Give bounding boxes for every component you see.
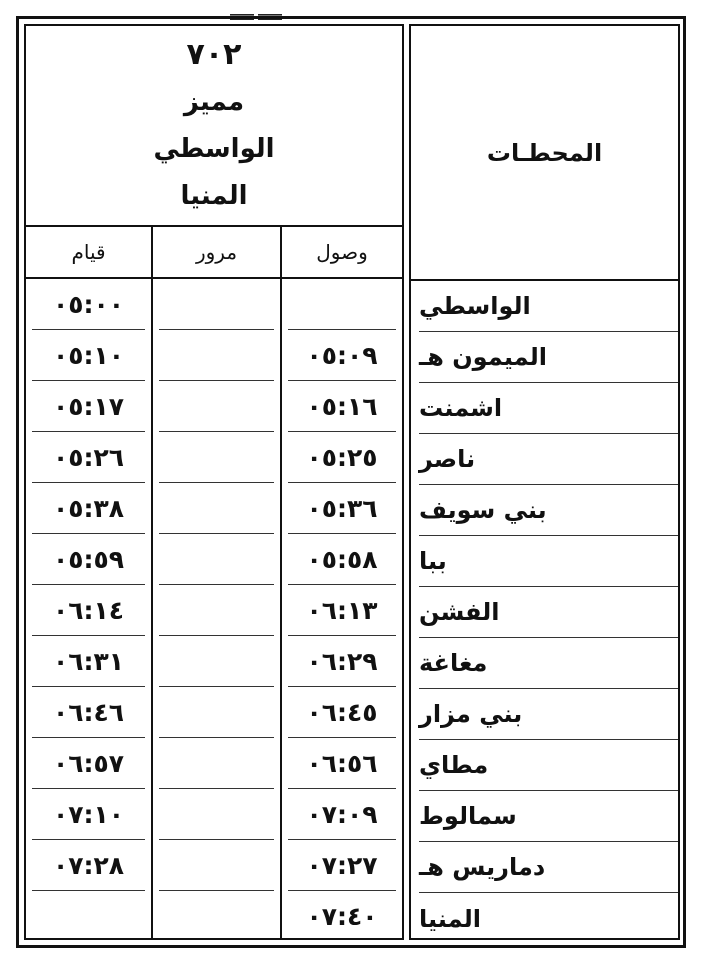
- arrival-cell: ٠٥:٠٩: [288, 330, 396, 381]
- arrival-cell: ٠٦:٢٩: [288, 636, 396, 687]
- departure-cell: ٠٥:١٠: [32, 330, 145, 381]
- departure-cell: ٠٥:٥٩: [32, 534, 145, 585]
- train-type: مميز: [184, 87, 244, 117]
- station-name: بني مزار: [419, 700, 522, 728]
- station-name: الواسطي: [419, 292, 531, 320]
- arrival-column: ٠٥:٠٩ ٠٥:١٦ ٠٥:٢٥ ٠٥:٣٦ ٠٥:٥٨ ٠٦:١٣ ٠٦:٢…: [282, 279, 402, 940]
- train-number: ٧٠٢: [187, 40, 242, 70]
- passing-cell: [159, 279, 274, 330]
- train-702-block: ٧٠٢ مميز الواسطي المنيا قيام مرور وصول ٠…: [24, 24, 404, 940]
- departure-cell: ٠٥:١٧: [32, 381, 145, 432]
- passing-cell: [159, 381, 274, 432]
- departure-cell: ٠٥:٢٦: [32, 432, 145, 483]
- passing-cell: [159, 330, 274, 381]
- departure-cell: ٠٧:١٠: [32, 789, 145, 840]
- station-row: سمالوط: [419, 791, 678, 842]
- station-name: ببا: [419, 547, 447, 575]
- stations-header: المحطـات: [411, 26, 678, 281]
- arrival-cell: ٠٥:٢٥: [288, 432, 396, 483]
- passing-cell: [159, 687, 274, 738]
- station-name: ناصر: [419, 445, 475, 473]
- passing-cell: [159, 840, 274, 891]
- station-row: دماريس هـ: [419, 842, 678, 893]
- times-grid: ٠٥:٠٠ ٠٥:١٠ ٠٥:١٧ ٠٥:٢٦ ٠٥:٣٨ ٠٥:٥٩ ٠٦:١…: [26, 279, 402, 940]
- departure-cell: [32, 891, 145, 942]
- station-name: المنيا: [419, 905, 481, 933]
- train-destination: المنيا: [180, 181, 247, 211]
- passing-cell: [159, 738, 274, 789]
- stations-header-label: المحطـات: [487, 139, 602, 167]
- departure-header: قيام: [26, 227, 153, 277]
- station-name: الميمون هـ: [419, 343, 547, 371]
- station-row: المنيا: [419, 893, 678, 944]
- station-name: اشمنت: [419, 394, 502, 422]
- station-name: بني سويف: [419, 496, 547, 524]
- station-row: بني سويف: [419, 485, 678, 536]
- departure-column: ٠٥:٠٠ ٠٥:١٠ ٠٥:١٧ ٠٥:٢٦ ٠٥:٣٨ ٠٥:٥٩ ٠٦:١…: [26, 279, 153, 940]
- station-row: مطاي: [419, 740, 678, 791]
- station-row: الفشن: [419, 587, 678, 638]
- column-headers: قيام مرور وصول: [26, 227, 402, 279]
- passing-column: [153, 279, 282, 940]
- passing-cell: [159, 534, 274, 585]
- arrival-cell: ٠٧:٠٩: [288, 789, 396, 840]
- station-name: دماريس هـ: [419, 853, 545, 881]
- arrival-cell: ٠٦:٤٥: [288, 687, 396, 738]
- arrival-cell: ٠٥:١٦: [288, 381, 396, 432]
- departure-cell: ٠٦:١٤: [32, 585, 145, 636]
- arrival-cell: ٠٧:٢٧: [288, 840, 396, 891]
- passing-cell: [159, 891, 274, 942]
- passing-cell: [159, 432, 274, 483]
- arrival-cell: [288, 279, 396, 330]
- arrival-cell: ٠٥:٣٦: [288, 483, 396, 534]
- departure-cell: ٠٦:٣١: [32, 636, 145, 687]
- arrival-cell: ٠٦:١٣: [288, 585, 396, 636]
- train-origin: الواسطي: [153, 134, 274, 164]
- station-row: الواسطي: [419, 281, 678, 332]
- arrival-header: وصول: [282, 227, 402, 277]
- passing-cell: [159, 789, 274, 840]
- station-name: مطاي: [419, 751, 488, 779]
- station-name: الفشن: [419, 598, 500, 626]
- arrival-cell: ٠٦:٥٦: [288, 738, 396, 789]
- train-header: ٧٠٢ مميز الواسطي المنيا: [26, 26, 402, 227]
- station-row: الميمون هـ: [419, 332, 678, 383]
- departure-cell: ٠٦:٥٧: [32, 738, 145, 789]
- station-name: سمالوط: [419, 802, 517, 830]
- passing-cell: [159, 483, 274, 534]
- stations-block: المحطـات الواسطي الميمون هـ اشمنت ناصر ب…: [409, 24, 680, 940]
- arrival-cell: ٠٥:٥٨: [288, 534, 396, 585]
- departure-cell: ٠٦:٤٦: [32, 687, 145, 738]
- station-row: ببا: [419, 536, 678, 587]
- passing-cell: [159, 585, 274, 636]
- departure-cell: ٠٧:٢٨: [32, 840, 145, 891]
- station-row: مغاغة: [419, 638, 678, 689]
- station-list: الواسطي الميمون هـ اشمنت ناصر بني سويف ب…: [411, 281, 678, 942]
- station-row: بني مزار: [419, 689, 678, 740]
- departure-cell: ٠٥:٠٠: [32, 279, 145, 330]
- passing-cell: [159, 636, 274, 687]
- passing-header: مرور: [153, 227, 282, 277]
- arrival-cell: ٠٧:٤٠: [288, 891, 396, 942]
- station-row: اشمنت: [419, 383, 678, 434]
- station-row: ناصر: [419, 434, 678, 485]
- station-name: مغاغة: [419, 649, 487, 677]
- departure-cell: ٠٥:٣٨: [32, 483, 145, 534]
